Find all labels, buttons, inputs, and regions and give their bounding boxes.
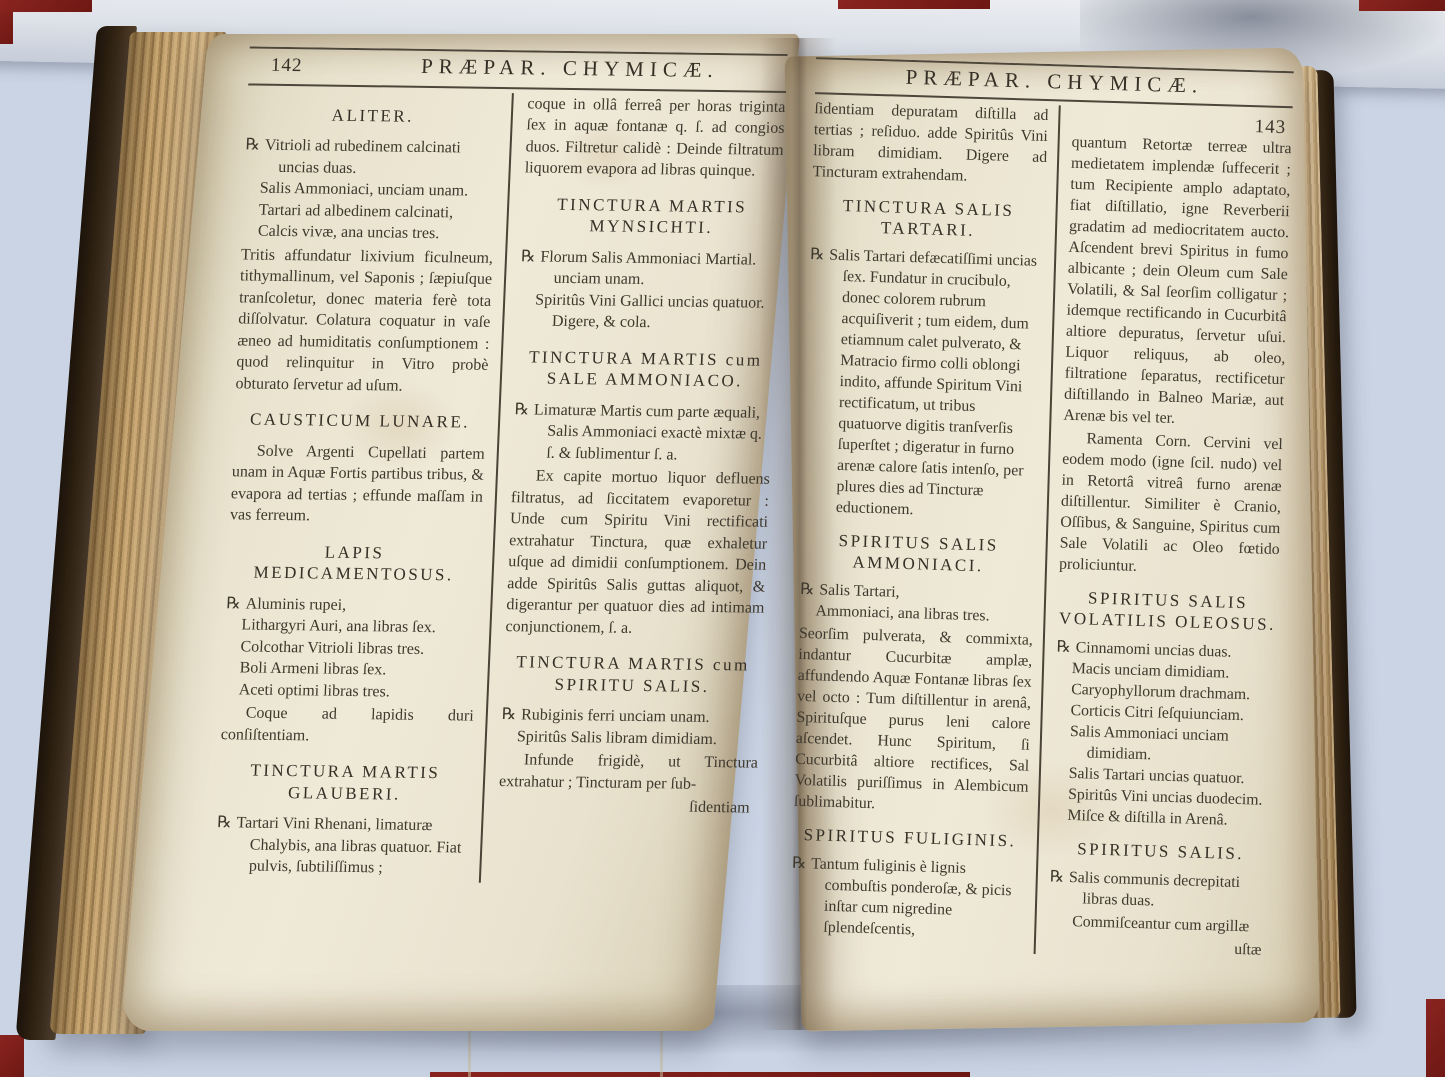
paragraph: Solve Argenti Cupellati partem unam in A… (230, 440, 486, 529)
recipe-line: Salis Ammoniaci, unciam unam. (243, 177, 496, 202)
paragraph: Infunde frigidè, ut Tinctura extrahatur … (499, 749, 759, 796)
recipe-list: ℞Cinnamomi uncias duas.Macis unciam dimi… (1051, 637, 1277, 832)
recipe-line-rx: ℞Salis communis decrepitati libras duas. (1049, 866, 1270, 915)
paragraph: Ramenta Corn. Cervini vel eodem modo (ig… (1059, 428, 1283, 581)
recipe-line-rx: ℞Limaturæ Martis cum parte æquali, Salis… (512, 399, 773, 467)
paragraph: quantum Retortæ terreæ ultra medietatem … (1063, 132, 1292, 432)
left-page-columns: ALITER.℞Vitrioli ad rubedinem calcinati … (215, 89, 786, 886)
section-heading: SPIRITUS FULIGINIS. (793, 824, 1028, 852)
recipe-line-rx: ℞Vitrioli ad rubedinem calcinati uncias … (244, 134, 498, 180)
recipe-line: Spiritûs Salis libram dimidiam. (500, 726, 759, 751)
recipe-line-rx: ℞Florum Salis Ammoniaci Martial. unciam … (520, 246, 780, 293)
recipe-list: ℞Florum Salis Ammoniaci Martial. unciam … (518, 246, 780, 336)
left-running-head: PRÆPAR. CHYMICÆ. (357, 55, 784, 82)
red-table-corner (0, 1035, 24, 1077)
recipe-line: Spiritûs Vini Gallici uncias quatuor. Di… (518, 289, 778, 336)
right-page-text: PRÆPAR. CHYMICÆ. 143 ſidentiam depuratam… (788, 57, 1294, 1013)
recipe-line: Lithargyri Auri, ana libras ſex. (225, 614, 478, 639)
red-table-edge (838, 0, 990, 9)
recipe-list: ℞Salis Tartari,Ammoniaci, ana libras tre… (799, 579, 1034, 628)
recipe-list: ℞Tartari Vini Rhenani, limaturæ Chalybis… (215, 812, 470, 880)
right-page-column-1: ſidentiam depuratam diſtilla ad tertias … (790, 98, 1059, 954)
recipe-line-rx: ℞Tartari Vini Rhenani, limaturæ Chalybis… (215, 812, 470, 880)
rx-symbol: ℞ (217, 814, 237, 831)
paragraph: Ex capite mortuo liquor defluens filtrat… (505, 465, 770, 641)
recipe-list: ℞Limaturæ Martis cum parte æquali, Salis… (512, 399, 773, 467)
rx-symbol: ℞ (501, 706, 521, 723)
rx-symbol: ℞ (1056, 639, 1076, 657)
recipe-list: ℞Salis communis decrepitati libras duas. (1049, 866, 1270, 915)
recipe-list: ℞Vitrioli ad rubedinem calcinati uncias … (242, 134, 498, 245)
section-heading: TINCTURA MARTIS cum SALE AMMONIACO. (516, 346, 776, 393)
rx-symbol: ℞ (1050, 868, 1070, 886)
left-page-number: 142 (252, 55, 357, 78)
recipe-list: ℞Tantum fuliginis è lignis combuſtis pon… (790, 853, 1026, 944)
catchword: ſidentiam (498, 794, 757, 819)
catchword: uſtæ (1048, 933, 1269, 961)
recipe-line: Calcis vivæ, ana uncias tres. (242, 220, 495, 245)
right-running-head: PRÆPAR. CHYMICÆ. (819, 64, 1289, 99)
section-heading: TINCTURA SALIS TARTARI. (811, 194, 1046, 243)
left-page-column-2: coque in ollâ ferreâ per horas triginta … (481, 93, 786, 886)
rx-symbol: ℞ (792, 855, 812, 873)
red-table-edge (430, 1072, 970, 1077)
right-page-number: 143 (1254, 116, 1286, 138)
section-heading: TINCTURA MARTIS MYNSICHTI. (522, 193, 782, 240)
recipe-line-rx: ℞Rubiginis ferri unciam unam. (501, 704, 760, 729)
rx-symbol: ℞ (521, 248, 541, 265)
photo-of-open-antique-book: { "palette": { "background_blue": "#cad4… (0, 0, 1445, 1077)
rx-symbol: ℞ (800, 581, 820, 599)
section-heading: SPIRITUS SALIS AMMONIACI. (801, 529, 1036, 578)
rx-symbol: ℞ (514, 401, 534, 418)
rx-symbol: ℞ (810, 246, 830, 264)
paragraph: ſidentiam depuratam diſtilla ad tertias … (812, 98, 1048, 189)
left-running-head-row: 142 PRÆPAR. CHYMICÆ. (248, 46, 788, 92)
left-page-column-1: ALITER.℞Vitrioli ad rubedinem calcinati … (215, 89, 512, 882)
section-heading: TINCTURA MARTIS GLAUBERI. (218, 759, 472, 805)
red-table-corner (1359, 0, 1445, 11)
recipe-line: Salis Ammoniaci unciam dimidiam. (1053, 720, 1274, 769)
paragraph: Seorſim pulverata, & commixta, indantur … (794, 623, 1034, 819)
left-page-text: 142 PRÆPAR. CHYMICÆ. ALITER.℞Vitrioli ad… (210, 46, 787, 993)
recipe-list: ℞Rubiginis ferri unciam unam.Spiritûs Sa… (500, 704, 760, 751)
rx-symbol: ℞ (245, 136, 265, 153)
recipe-list: ℞Aluminis rupei,Lithargyri Auri, ana lib… (222, 593, 478, 704)
red-table-corner (0, 0, 92, 12)
section-heading: SPIRITUS SALIS VOLATILIS OLEOSUS. (1057, 587, 1278, 636)
section-heading: TINCTURA MARTIS cum SPIRITU SALIS. (503, 651, 763, 698)
recipe-line-rx: ℞Salis Tartari defæcatiſſimi uncias ſex.… (802, 244, 1044, 524)
right-page-column-2: quantum Retortæ terreæ ultra medietatem … (1036, 105, 1293, 961)
section-heading: LAPIS MEDICAMENTOSUS. (227, 540, 481, 586)
paragraph: Coque ad lapidis duri conſiſtentiam. (220, 702, 474, 748)
section-heading: ALITER. (246, 103, 499, 128)
recipe-line: Aceti optimi libras tres. (222, 679, 475, 704)
recipe-line: Boli Armeni libras ſex. (223, 657, 476, 682)
paragraph: Tritis affundatur lixivium ficulneum, ti… (235, 244, 493, 398)
right-page-columns: ſidentiam depuratam diſtilla ad tertias … (790, 98, 1293, 961)
section-heading: SPIRITUS SALIS. (1050, 837, 1271, 865)
recipe-list: ℞Salis Tartari defæcatiſſimi uncias ſex.… (802, 244, 1044, 524)
red-table-corner (1426, 999, 1445, 1077)
section-heading: CAUSTICUM LUNARE. (234, 408, 487, 433)
rx-symbol: ℞ (226, 595, 246, 612)
recipe-line-rx: ℞Tantum fuliginis è lignis combuſtis pon… (790, 853, 1026, 944)
paragraph: coque in ollâ ferreâ per horas triginta … (524, 93, 786, 183)
